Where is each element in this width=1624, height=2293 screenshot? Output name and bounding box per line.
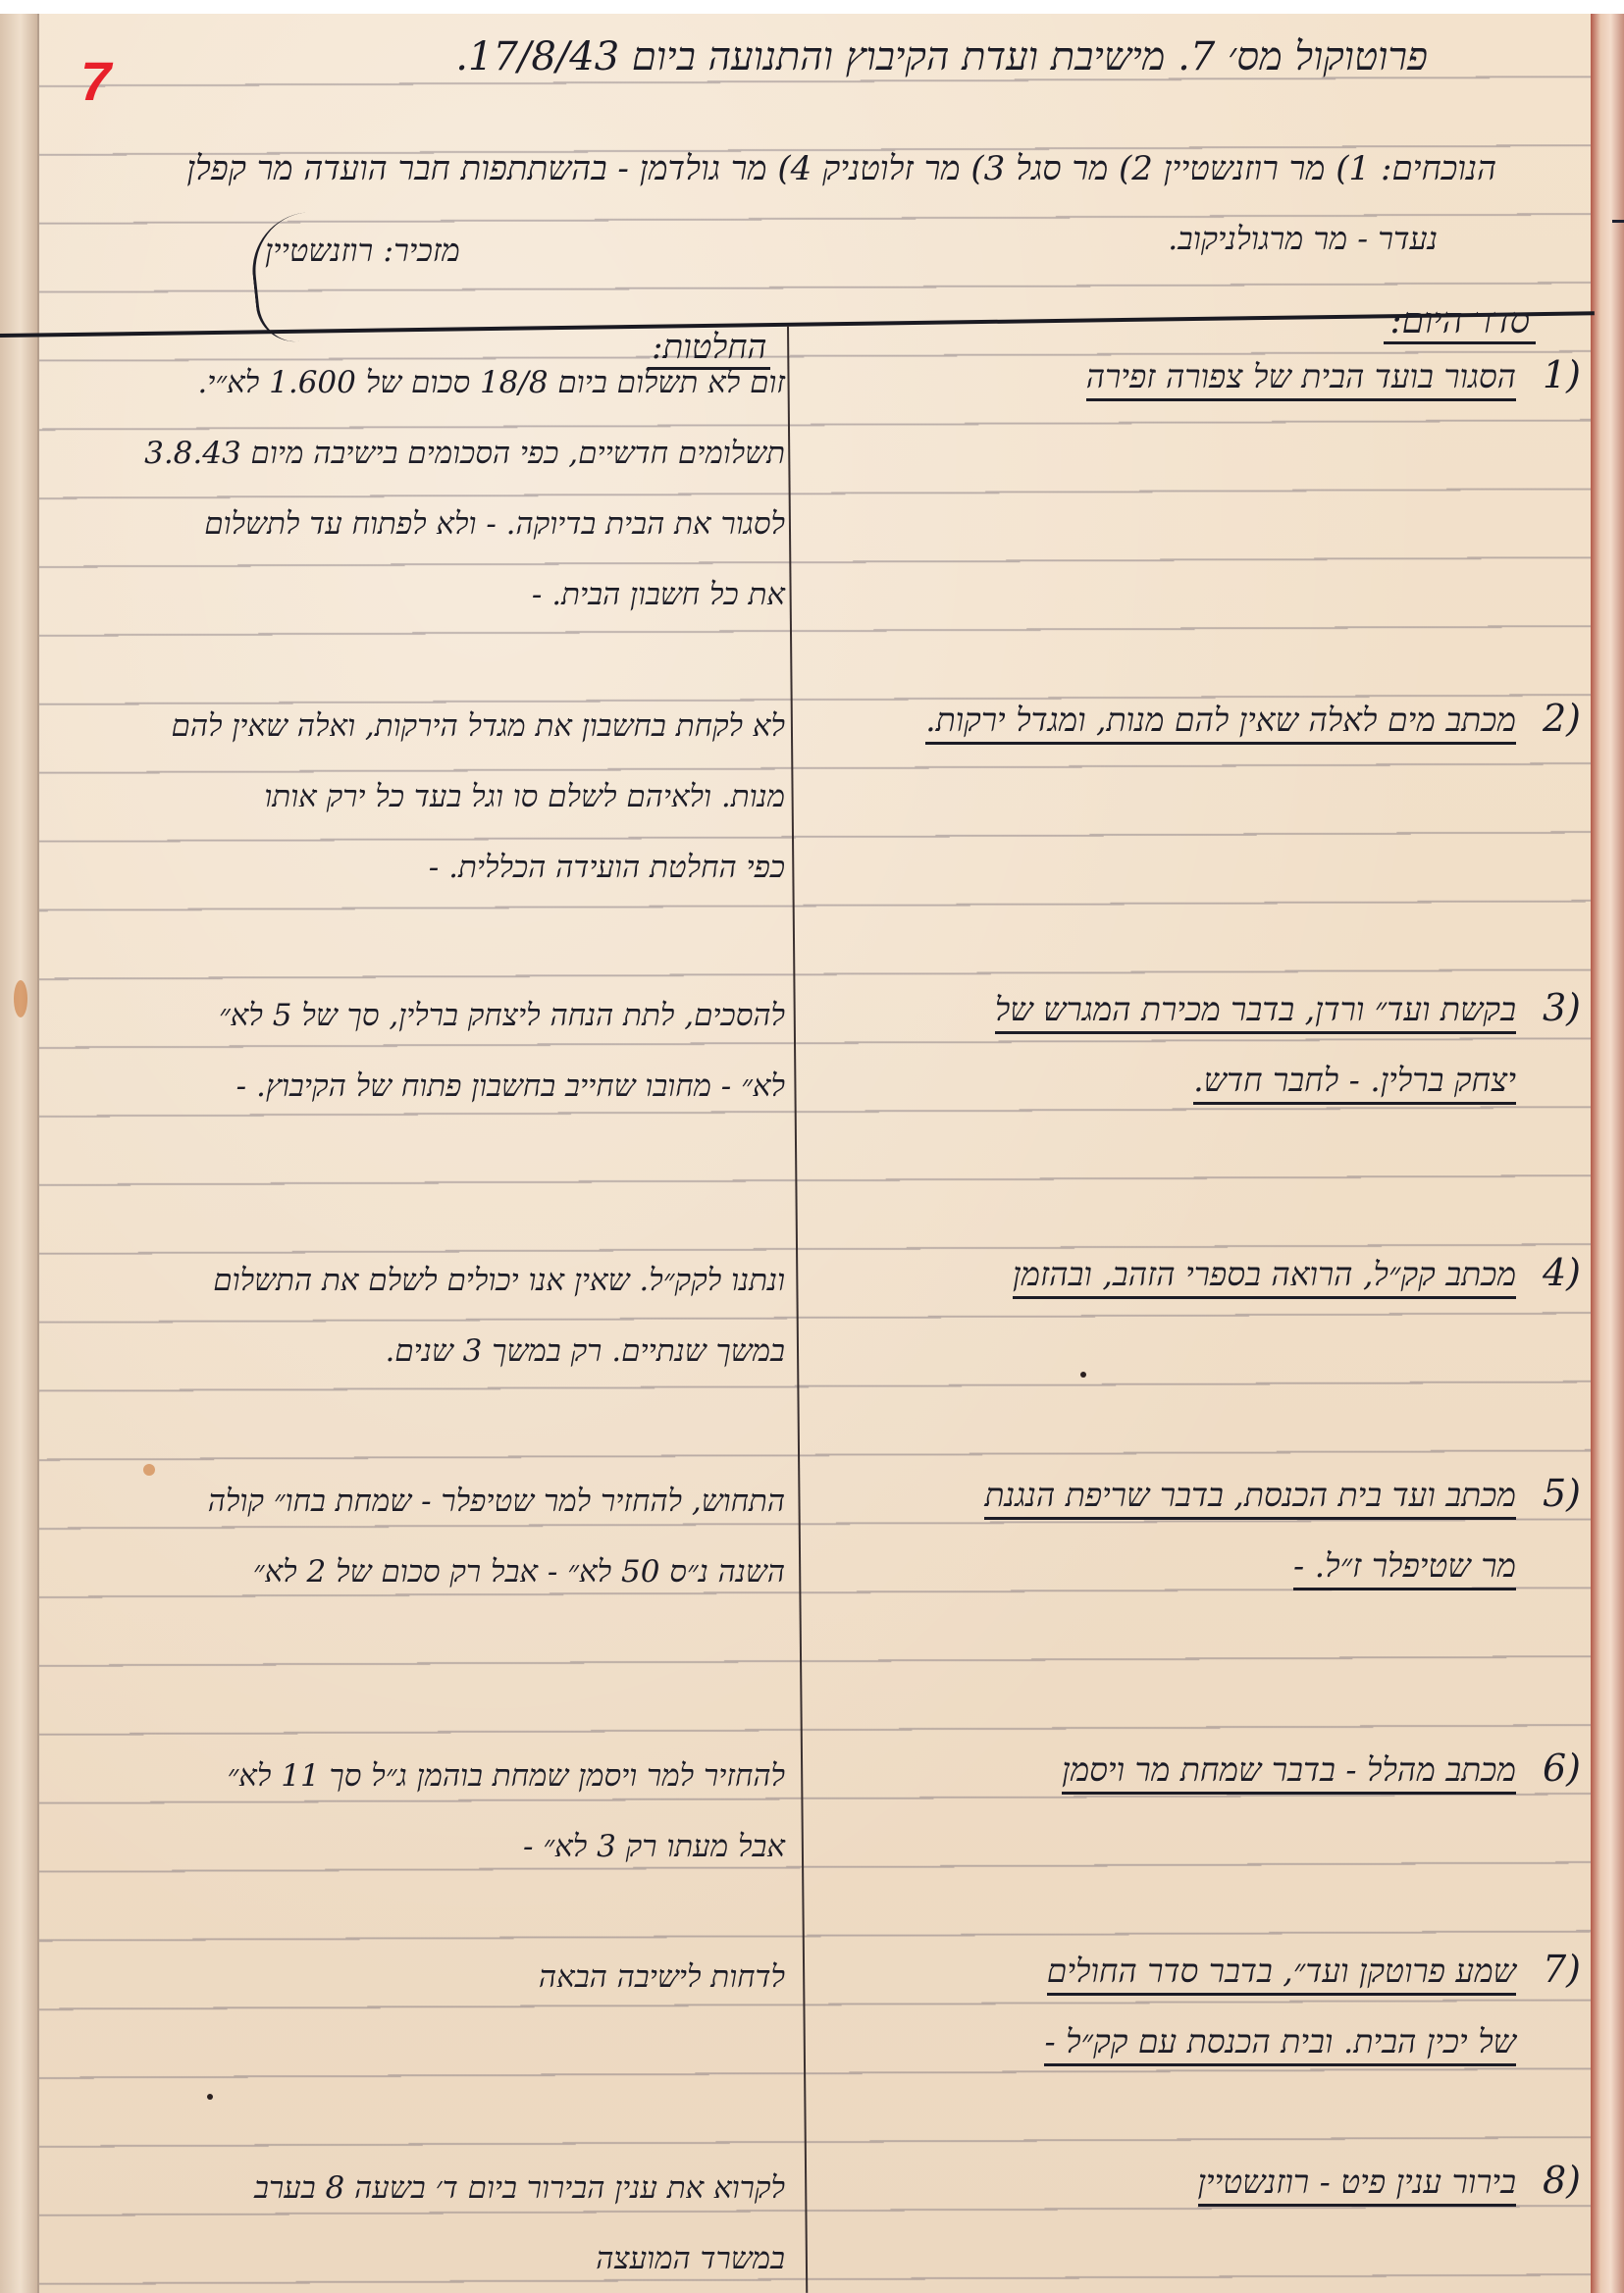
decision-text: להסכים, לתת הנחה ליצחק ברלין, סך של 5 לא… (219, 998, 785, 1033)
decision-text: לקרוא את ענין הבירור ביום ד׳ בשעה 8 בערב (254, 2170, 785, 2206)
decision-text: התחוש, להחזיר למר שטיפלר - שמחת בחו״ קול… (208, 1484, 785, 1519)
agenda-column-header: סדר היום: (1384, 300, 1536, 344)
ink-spot (1080, 1372, 1086, 1378)
decisions-column-header: החלטות: (648, 328, 770, 370)
decision-text: לא״ - מחובו שחייב בחשבון פתוח של הקיבוץ.… (236, 1068, 785, 1104)
paper-stain (14, 980, 27, 1017)
agenda-text: מכתב קק״ל, הרואה בספרי הזהב, ובהזמן (1013, 1255, 1516, 1299)
decision-text: תשלומים חדשיים, כפי הסכומים בישיבה מיום … (144, 436, 785, 471)
decision-text: כפי החלטת הועידה הכללית. - (429, 850, 785, 885)
participants-label: הנוכחים: (1381, 149, 1496, 188)
decision-text: אבל מעתו רק 3 לא״ - (523, 1829, 785, 1864)
page-number: 7 (80, 49, 111, 113)
item-number: 6) (1543, 1746, 1581, 1790)
protocol-title: פרוטוקול מס׳ 7. מישיבת ועדת הקיבוץ והתנו… (455, 33, 1428, 79)
decision-text: להחזיר למר ויסמן שמחת בוהמן ג״ל סך 11 לא… (227, 1758, 785, 1794)
item-number: 2) (1543, 697, 1581, 740)
secretary-line: מזכיר: רוזנשטיין (265, 232, 460, 269)
item-number: 8) (1543, 2159, 1581, 2202)
decision-text: לסגור את הבית בדיוקה. - ולא לפתוח עד לתש… (204, 506, 785, 542)
item-number: 1) (1543, 353, 1581, 396)
agenda-text: הסגור בועד הבית של צפורה זפירה (1086, 357, 1516, 401)
absent-line: נעדר - מר מרגולניקוב. (1168, 220, 1438, 257)
decision-text: את כל חשבון הבית. - (532, 577, 785, 612)
decision-text: ונתנו לקק״ל. שאין אנו יכולים לשלם את התש… (213, 1263, 785, 1298)
ink-spot (207, 2094, 213, 2100)
agenda-text: בירור ענין פיט - רוזנשטיין (1198, 2163, 1516, 2207)
item-number: 5) (1543, 1472, 1581, 1515)
edge-mark (1612, 220, 1624, 223)
notebook-page: 7 פרוטוקול מס׳ 7. מישיבת ועדת הקיבוץ והת… (0, 14, 1624, 2293)
item-number: 4) (1543, 1251, 1581, 1294)
participants-line: הנוכחים: 1) מר רוזנשטיין 2) מר סגל 3) מר… (186, 149, 1496, 188)
agenda-text: בקשת ועד״ ורדן, בדבר מכירת המגרש של (995, 990, 1516, 1034)
agenda-text: של יכין הבית. ובית הכנסת עם קק״ל - (1044, 2022, 1516, 2066)
left-binding (0, 14, 39, 2293)
decision-text: זום לא תשלום ביום 18/8 סכום של 1.600 לא״… (197, 365, 785, 400)
decision-text: במשרד המועצה (596, 2241, 785, 2276)
agenda-text: מכתב מהלל - בדבר שמחת מר ויסמן (1062, 1750, 1516, 1795)
item-number: 3) (1543, 986, 1581, 1029)
item-number: 7) (1543, 1948, 1581, 1991)
decision-text: לדחות לישיבה הבאה (539, 1959, 785, 1995)
agenda-text: מכתב מים לאלה שאין להם מנות, ומגדל ירקות… (925, 701, 1516, 745)
decision-text: השנה נ״ס 50 לא״ - אבל רק סכום של 2 לא״ (253, 1554, 785, 1589)
decision-text: לא לקחת בחשבון את מגדל הירקות, ואלה שאין… (172, 708, 786, 744)
agenda-text: מר שטיפלר ז״ל. - (1293, 1546, 1516, 1590)
right-page-edge (1591, 14, 1624, 2293)
participants-list: 1) מר רוזנשטיין 2) מר סגל 3) מר זלוטניק … (186, 149, 1370, 188)
agenda-text: שמע פרוטקן ועד״, בדבר סדר החולים (1047, 1952, 1516, 1996)
agenda-text: מכתב ועד בית הכנסת, בדבר שריפת הנגנת (984, 1476, 1516, 1520)
paper-stain (143, 1464, 155, 1476)
decision-text: מנות. ולאיהם לשלם סו וגל בעד כל ירק אותו (264, 779, 785, 814)
decision-text: במשך שנתיים. רק במשך 3 שנים. (385, 1333, 785, 1369)
agenda-text: יצחק ברלין. - לחבר חדש. (1193, 1061, 1516, 1105)
